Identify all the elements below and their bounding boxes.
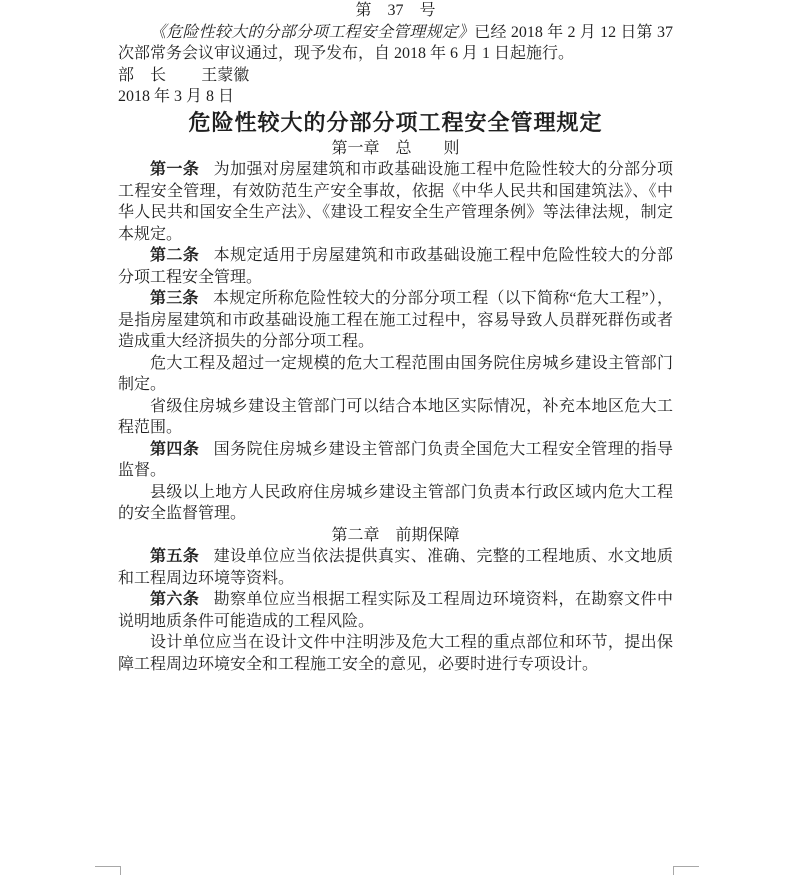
decree-number: 第 37 号 <box>118 0 673 22</box>
signature-line: 部 长王蒙徽 <box>118 65 673 87</box>
cited-regulation-title: 《危险性较大的分部分项工程安全管理规定》 <box>150 24 474 41</box>
text-boundary-mark-right <box>673 866 699 875</box>
text-boundary-mark-left <box>95 866 121 875</box>
document-body: 第一章 总 则第一条为加强对房屋建筑和市政基础设施工程中危险性较大的分部分项工程… <box>118 138 673 676</box>
article-paragraph: 第一条为加强对房屋建筑和市政基础设施工程中危险性较大的分部分项工程安全管理，有效… <box>118 159 673 245</box>
document-page: 第 37 号 《危险性较大的分部分项工程安全管理规定》已经 2018 年 2 月… <box>0 0 792 875</box>
article-paragraph: 第五条建设单位应当依法提供真实、准确、完整的工程地质、水文地质和工程周边环境等资… <box>118 546 673 589</box>
article-label: 第一条 <box>150 161 199 178</box>
paragraph-text: 建设单位应当依法提供真实、准确、完整的工程地质、水文地质和工程周边环境等资料。 <box>118 548 673 587</box>
chapter-heading: 第二章 前期保障 <box>118 525 673 547</box>
paragraph-text: 本规定适用于房屋建筑和市政基础设施工程中危险性较大的分部分项工程安全管理。 <box>118 247 673 286</box>
article-label: 第六条 <box>150 591 199 608</box>
chapter-heading: 第一章 总 则 <box>118 138 673 160</box>
article-paragraph: 第六条勘察单位应当根据工程实际及工程周边环境资料，在勘察文件中说明地质条件可能造… <box>118 589 673 632</box>
body-paragraph: 设计单位应当在设计文件中注明涉及危大工程的重点部位和环节，提出保障工程周边环境安… <box>118 632 673 675</box>
article-label: 第二条 <box>150 247 199 264</box>
paragraph-text: 设计单位应当在设计文件中注明涉及危大工程的重点部位和环节，提出保障工程周边环境安… <box>118 634 673 673</box>
signer-title: 部 长 <box>118 67 166 84</box>
article-label: 第三条 <box>150 290 199 307</box>
body-paragraph: 省级住房城乡建设主管部门可以结合本地区实际情况，补充本地区危大工程范围。 <box>118 396 673 439</box>
regulation-title: 危险性较大的分部分项工程安全管理规定 <box>118 108 673 138</box>
document-content: 第 37 号 《危险性较大的分部分项工程安全管理规定》已经 2018 年 2 月… <box>118 0 673 675</box>
paragraph-text: 省级住房城乡建设主管部门可以结合本地区实际情况，补充本地区危大工程范围。 <box>118 398 673 437</box>
body-paragraph: 县级以上地方人民政府住房城乡建设主管部门负责本行政区域内危大工程的安全监督管理。 <box>118 482 673 525</box>
paragraph-text: 勘察单位应当根据工程实际及工程周边环境资料，在勘察文件中说明地质条件可能造成的工… <box>118 591 673 630</box>
paragraph-text: 为加强对房屋建筑和市政基础设施工程中危险性较大的分部分项工程安全管理，有效防范生… <box>118 161 673 243</box>
paragraph-text: 危大工程及超过一定规模的危大工程范围由国务院住房城乡建设主管部门制定。 <box>118 355 673 394</box>
paragraph-text: 本规定所称危险性较大的分部分项工程（以下简称“危大工程”），是指房屋建筑和市政基… <box>118 290 673 350</box>
article-paragraph: 第三条本规定所称危险性较大的分部分项工程（以下简称“危大工程”），是指房屋建筑和… <box>118 288 673 353</box>
signature-date: 2018 年 3 月 8 日 <box>118 86 673 108</box>
article-paragraph: 第四条国务院住房城乡建设主管部门负责全国危大工程安全管理的指导监督。 <box>118 439 673 482</box>
article-label: 第五条 <box>150 548 199 565</box>
promulgation-paragraph: 《危险性较大的分部分项工程安全管理规定》已经 2018 年 2 月 12 日第 … <box>118 22 673 65</box>
body-paragraph: 危大工程及超过一定规模的危大工程范围由国务院住房城乡建设主管部门制定。 <box>118 353 673 396</box>
paragraph-text: 县级以上地方人民政府住房城乡建设主管部门负责本行政区域内危大工程的安全监督管理。 <box>118 484 673 523</box>
signer-name: 王蒙徽 <box>201 67 249 84</box>
article-label: 第四条 <box>150 441 199 458</box>
article-paragraph: 第二条本规定适用于房屋建筑和市政基础设施工程中危险性较大的分部分项工程安全管理。 <box>118 245 673 288</box>
paragraph-text: 国务院住房城乡建设主管部门负责全国危大工程安全管理的指导监督。 <box>118 441 673 480</box>
